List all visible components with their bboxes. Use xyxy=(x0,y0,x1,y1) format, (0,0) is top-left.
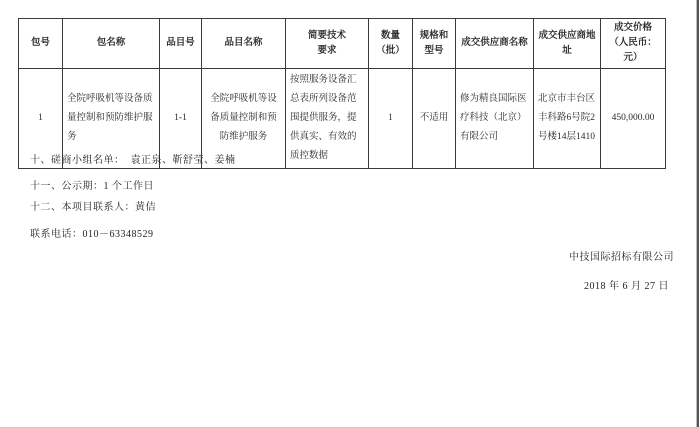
window-right-edge xyxy=(697,0,699,428)
header-tech-requirements: 简要技术 要求 xyxy=(286,19,369,69)
note-panel-members: 十、磋商小组名单： 袁正泉、靳舒莹、姜楠 xyxy=(30,151,236,166)
document-page: 包号 包名称 品目号 品目名称 简要技术 要求 数量 （批） 规格和 型号 成交… xyxy=(0,0,700,428)
header-package-name: 包名称 xyxy=(63,19,160,69)
header-award-price: 成交价格 （人民币：元） xyxy=(601,19,666,69)
header-item-no: 品目号 xyxy=(160,19,202,69)
cell-quantity: 1 xyxy=(369,69,413,169)
header-spec-model: 规格和 型号 xyxy=(413,19,456,69)
cell-spec-model: 不适用 xyxy=(413,69,456,169)
cell-tech-requirements: 按照服务设备汇总表所列设备范围提供服务，提供真实、有效的质控数据 xyxy=(286,69,369,169)
header-supplier-name: 成交供应商名称 xyxy=(456,19,534,69)
header-supplier-address: 成交供应商地 址 xyxy=(534,19,601,69)
header-quantity: 数量 （批） xyxy=(369,19,413,69)
cell-award-price: 450,000.00 xyxy=(601,69,666,169)
note-project-contact: 十二、本项目联系人：黄佶 xyxy=(30,198,156,213)
note-contact-phone: 联系电话：010－63348529 xyxy=(30,225,154,240)
header-item-name: 品目名称 xyxy=(202,19,286,69)
table-header-row: 包号 包名称 品目号 品目名称 简要技术 要求 数量 （批） 规格和 型号 成交… xyxy=(19,19,666,69)
award-result-table: 包号 包名称 品目号 品目名称 简要技术 要求 数量 （批） 规格和 型号 成交… xyxy=(18,18,666,169)
signature-date: 2018 年 6 月 27 日 xyxy=(584,277,669,292)
cell-supplier-name: 修为精良国际医疗科技（北京）有限公司 xyxy=(456,69,534,169)
signature-company: 中技国际招标有限公司 xyxy=(569,248,674,263)
header-package-no: 包号 xyxy=(19,19,63,69)
cell-supplier-address: 北京市丰台区丰科路6号院2号楼14层1410 xyxy=(534,69,601,169)
note-publicity-period: 十一、公示期：1 个工作日 xyxy=(30,177,154,192)
